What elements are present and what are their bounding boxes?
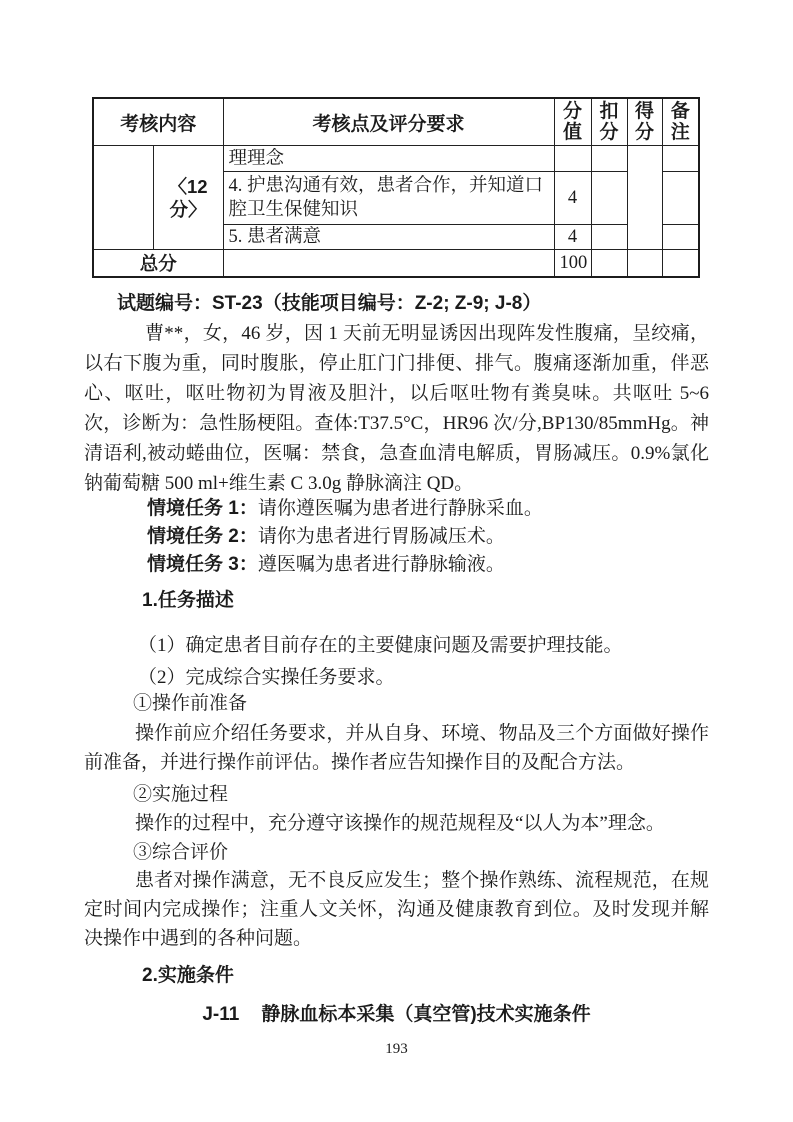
document-page: 考核内容 考核点及评分要求 分值 扣分 得分 备注 〈12 分〉 理理念 4. … xyxy=(0,0,793,1122)
task-text: 请你为患者进行胃肠减压术。 xyxy=(258,526,505,547)
header-note: 备注 xyxy=(662,98,699,146)
header-content: 考核内容 xyxy=(93,98,223,146)
header-deduction: 扣分 xyxy=(591,98,627,146)
section-title-task-description: 1.任务描述 xyxy=(84,586,767,616)
total-label: 总分 xyxy=(93,250,223,278)
deduction-cell xyxy=(591,250,627,278)
group-cell-empty xyxy=(93,146,153,250)
note-cell xyxy=(662,250,699,278)
header-score: 分值 xyxy=(554,98,591,146)
scenario-task-3: 情境任务 3：遵医嘱为患者进行静脉输液。 xyxy=(84,552,709,578)
subsection-3-text: 患者对操作满意，无不良反应发生；整个操作熟练、流程规范，在规定时间内完成操作；注… xyxy=(84,866,709,953)
j11-title: 静脉血标本采集（真空管)技术实施条件 xyxy=(261,1004,590,1025)
case-description-paragraph: 曹**，女，46 岁，因 1 天前无明显诱因出现阵发性腹痛，呈绞痛，以右下腹为重… xyxy=(84,319,709,499)
point-cell: 5. 患者满意 xyxy=(223,225,554,250)
subsection-2-text: 操作的过程中，充分遵守该操作的规范规程及“以人为本”理念。 xyxy=(84,809,709,839)
score-table: 考核内容 考核点及评分要求 分值 扣分 得分 备注 〈12 分〉 理理念 4. … xyxy=(92,97,700,278)
section-title-implementation-conditions: 2.实施条件 xyxy=(84,961,767,991)
subsection-3-title: ③综合评价 xyxy=(84,838,758,868)
page-number: 193 xyxy=(0,1041,793,1058)
task-item-1: （1）确定患者目前存在的主要健康问题及需要护理技能。 xyxy=(84,631,763,661)
exam-id-line: 试题编号：ST-23（技能项目编号：Z-2; Z-9; J-8） xyxy=(84,289,709,319)
deduction-cell xyxy=(591,225,627,250)
deduction-cell xyxy=(591,146,627,172)
score-cell: 4 xyxy=(554,172,591,225)
task-text: 遵医嘱为患者进行静脉输液。 xyxy=(258,554,505,575)
deduction-cell xyxy=(591,172,627,225)
gain-cell-merged xyxy=(627,146,662,250)
scenario-task-2: 情境任务 2：请你为患者进行胃肠减压术。 xyxy=(84,524,709,550)
table-row: 〈12 分〉 理理念 xyxy=(93,146,699,172)
note-cell xyxy=(662,146,699,172)
total-points-cell xyxy=(223,250,554,278)
header-points: 考核点及评分要求 xyxy=(223,98,554,146)
total-score-cell: 100 xyxy=(554,250,591,278)
subsection-1-text: 操作前应介绍任务要求，并从自身、环境、物品及三个方面做好操作前准备，并进行操作前… xyxy=(84,719,709,777)
score-cell: 4 xyxy=(554,225,591,250)
task-label: 情境任务 1： xyxy=(147,498,258,519)
score-cell xyxy=(554,146,591,172)
sub-group-label: 〈12 分〉 xyxy=(153,146,223,250)
point-cell: 理理念 xyxy=(223,146,554,172)
task-label: 情境任务 3： xyxy=(147,554,258,575)
subsection-1-title: ①操作前准备 xyxy=(84,689,758,719)
point-cell: 4. 护患沟通有效，患者合作，并知道口腔卫生保健知识 xyxy=(223,172,554,225)
table-header-row: 考核内容 考核点及评分要求 分值 扣分 得分 备注 xyxy=(93,98,699,146)
note-cell xyxy=(662,225,699,250)
scenario-task-1: 情境任务 1：请你遵医嘱为患者进行静脉采血。 xyxy=(84,496,709,522)
subsection-2-title: ②实施过程 xyxy=(84,780,758,810)
note-cell xyxy=(662,172,699,225)
gain-cell xyxy=(627,250,662,278)
j11-heading: J-11静脉血标本采集（真空管)技术实施条件 xyxy=(84,1000,709,1030)
header-gain: 得分 xyxy=(627,98,662,146)
task-text: 请你遵医嘱为患者进行静脉采血。 xyxy=(258,498,543,519)
task-label: 情境任务 2： xyxy=(147,526,258,547)
j11-code: J-11 xyxy=(202,1004,239,1025)
table-total-row: 总分 100 xyxy=(93,250,699,278)
